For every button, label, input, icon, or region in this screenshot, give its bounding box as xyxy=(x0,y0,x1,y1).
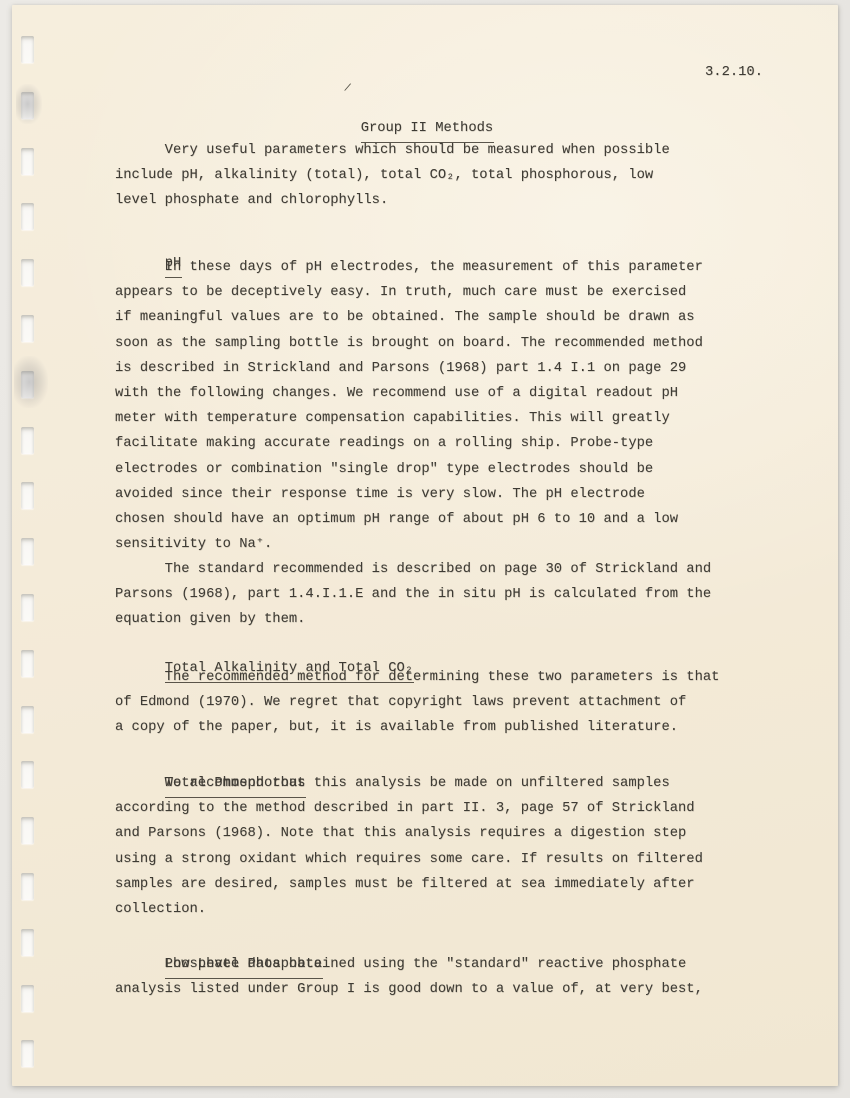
binding-hole xyxy=(21,315,34,342)
binding-hole xyxy=(21,1040,34,1067)
total-phosphorous-paragraph: We recommend that this analysis be made … xyxy=(115,771,703,922)
binding-hole xyxy=(21,873,34,900)
binding-hole xyxy=(21,36,34,63)
binding-holes xyxy=(21,0,37,1098)
binding-hole xyxy=(21,92,34,119)
scanned-document: 3.2.10. / Group II Methods Very useful p… xyxy=(0,0,850,1098)
binding-hole xyxy=(21,650,34,677)
binding-hole xyxy=(21,706,34,733)
binding-hole xyxy=(21,594,34,621)
intro-paragraph: Very useful parameters which should be m… xyxy=(115,138,670,214)
low-level-phosphate-paragraph: Phosphate data obtained using the "stand… xyxy=(115,952,703,1002)
binding-hole xyxy=(21,985,34,1012)
ph-paragraph-1: In these days of pH electrodes, the meas… xyxy=(115,255,703,557)
ph-paragraph-2: The standard recommended is described on… xyxy=(115,557,711,633)
binding-hole xyxy=(21,538,34,565)
binding-hole xyxy=(21,761,34,788)
binding-hole xyxy=(21,817,34,844)
alkalinity-paragraph: The recommended method for determining t… xyxy=(115,665,719,741)
binding-hole xyxy=(21,148,34,175)
page-number: 3.2.10. xyxy=(115,60,763,85)
document-page: 3.2.10. / Group II Methods Very useful p… xyxy=(12,5,838,1086)
binding-hole xyxy=(21,482,34,509)
binding-hole xyxy=(21,203,34,230)
binding-hole xyxy=(21,371,34,398)
binding-hole xyxy=(21,929,34,956)
binding-hole xyxy=(21,259,34,286)
binding-hole xyxy=(21,427,34,454)
